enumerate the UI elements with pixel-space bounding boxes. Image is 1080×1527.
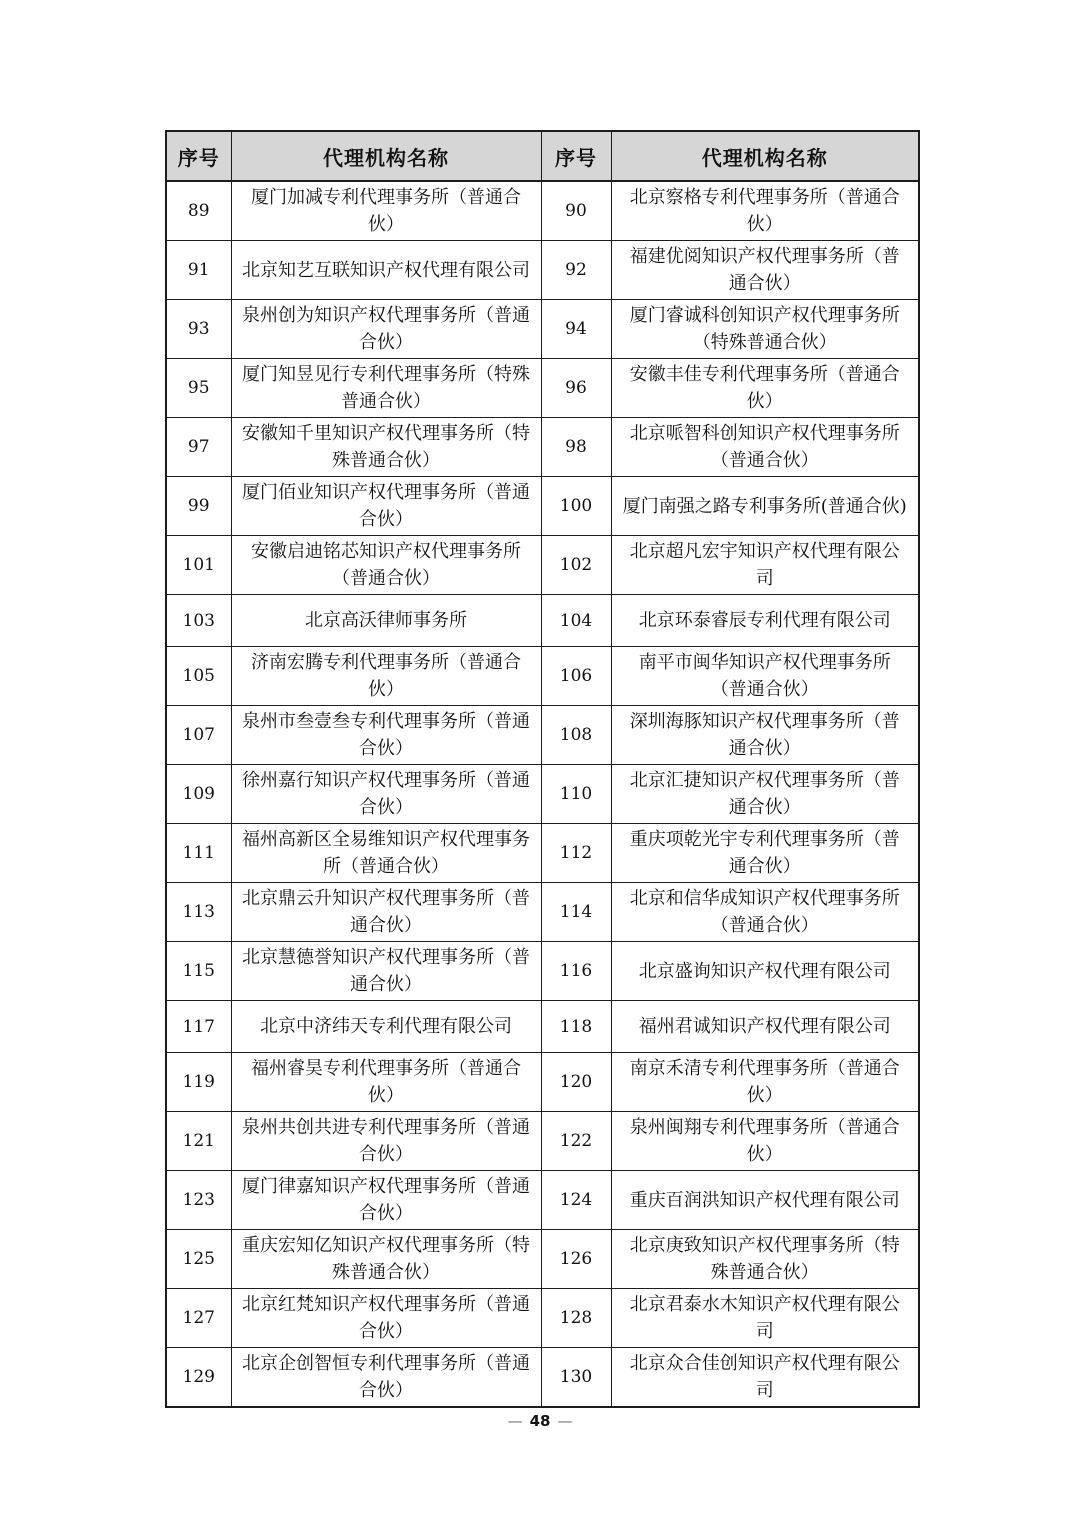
agency-name-left: 泉州市叁壹叁专利代理事务所（普通合伙） bbox=[231, 706, 541, 765]
header-name-right: 代理机构名称 bbox=[611, 131, 919, 181]
table-row: 115 北京慧德誉知识产权代理事务所（普通合伙） 116 北京盛询知识产权代理有… bbox=[166, 942, 919, 1001]
agency-name-right: 重庆百润洪知识产权代理有限公司 bbox=[611, 1171, 919, 1230]
agency-name-right: 北京君泰水木知识产权代理有限公司 bbox=[611, 1289, 919, 1348]
table-row: 99 厦门佰业知识产权代理事务所（普通合伙） 100 厦门南强之路专利事务所(普… bbox=[166, 477, 919, 536]
table-row: 89 厦门加减专利代理事务所（普通合伙） 90 北京察格专利代理事务所（普通合伙… bbox=[166, 181, 919, 241]
serial-cell-left: 93 bbox=[166, 300, 231, 359]
table-row: 103 北京高沃律师事务所 104 北京环泰睿辰专利代理有限公司 bbox=[166, 595, 919, 647]
agency-name-right: 深圳海豚知识产权代理事务所（普通合伙） bbox=[611, 706, 919, 765]
agency-name-left: 北京高沃律师事务所 bbox=[231, 595, 541, 647]
table-row: 111 福州高新区全易维知识产权代理事务所（普通合伙） 112 重庆项乾光宇专利… bbox=[166, 824, 919, 883]
serial-cell-left: 97 bbox=[166, 418, 231, 477]
table-row: 113 北京鼎云升知识产权代理事务所（普通合伙） 114 北京和信华成知识产权代… bbox=[166, 883, 919, 942]
serial-cell-left: 119 bbox=[166, 1053, 231, 1112]
table-row: 107 泉州市叁壹叁专利代理事务所（普通合伙） 108 深圳海豚知识产权代理事务… bbox=[166, 706, 919, 765]
table-row: 125 重庆宏知亿知识产权代理事务所（特殊普通合伙） 126 北京庚致知识产权代… bbox=[166, 1230, 919, 1289]
table-row: 121 泉州共创共进专利代理事务所（普通合伙） 122 泉州闽翔专利代理事务所（… bbox=[166, 1112, 919, 1171]
table-row: 105 济南宏腾专利代理事务所（普通合伙） 106 南平市闽华知识产权代理事务所… bbox=[166, 647, 919, 706]
page-number: 48 bbox=[530, 1412, 551, 1430]
serial-cell-left: 103 bbox=[166, 595, 231, 647]
agency-name-right: 北京汇捷知识产权代理事务所（普通合伙） bbox=[611, 765, 919, 824]
agency-table-body: 89 厦门加减专利代理事务所（普通合伙） 90 北京察格专利代理事务所（普通合伙… bbox=[166, 181, 919, 1407]
table-row: 109 徐州嘉行知识产权代理事务所（普通合伙） 110 北京汇捷知识产权代理事务… bbox=[166, 765, 919, 824]
agency-name-right: 厦门南强之路专利事务所(普通合伙) bbox=[611, 477, 919, 536]
serial-cell-left: 111 bbox=[166, 824, 231, 883]
agency-name-right: 福州君诚知识产权代理有限公司 bbox=[611, 1001, 919, 1053]
agency-name-left: 泉州创为知识产权代理事务所（普通合伙） bbox=[231, 300, 541, 359]
agency-name-left: 福州睿昊专利代理事务所（普通合伙） bbox=[231, 1053, 541, 1112]
serial-cell-left: 101 bbox=[166, 536, 231, 595]
serial-cell-left: 107 bbox=[166, 706, 231, 765]
serial-cell-left: 127 bbox=[166, 1289, 231, 1348]
agency-name-right: 北京察格专利代理事务所（普通合伙） bbox=[611, 181, 919, 241]
header-serial-left: 序号 bbox=[166, 131, 231, 181]
agency-name-right: 北京盛询知识产权代理有限公司 bbox=[611, 942, 919, 1001]
serial-cell-left: 121 bbox=[166, 1112, 231, 1171]
agency-name-left: 徐州嘉行知识产权代理事务所（普通合伙） bbox=[231, 765, 541, 824]
agency-table-header: 序号 代理机构名称 序号 代理机构名称 bbox=[166, 131, 919, 181]
serial-cell-right: 116 bbox=[541, 942, 611, 1001]
agency-name-right: 福建优阅知识产权代理事务所（普通合伙） bbox=[611, 241, 919, 300]
agency-name-left: 泉州共创共进专利代理事务所（普通合伙） bbox=[231, 1112, 541, 1171]
serial-cell-right: 104 bbox=[541, 595, 611, 647]
table-row: 101 安徽启迪铭芯知识产权代理事务所（普通合伙） 102 北京超凡宏宇知识产权… bbox=[166, 536, 919, 595]
agency-name-left: 重庆宏知亿知识产权代理事务所（特殊普通合伙） bbox=[231, 1230, 541, 1289]
table-row: 91 北京知艺互联知识产权代理有限公司 92 福建优阅知识产权代理事务所（普通合… bbox=[166, 241, 919, 300]
serial-cell-left: 109 bbox=[166, 765, 231, 824]
agency-table: 序号 代理机构名称 序号 代理机构名称 89 厦门加减专利代理事务所（普通合伙）… bbox=[165, 130, 920, 1408]
agency-name-right: 北京哌智科创知识产权代理事务所（普通合伙） bbox=[611, 418, 919, 477]
serial-cell-right: 120 bbox=[541, 1053, 611, 1112]
agency-name-right: 厦门睿诚科创知识产权代理事务所（特殊普通合伙） bbox=[611, 300, 919, 359]
serial-cell-left: 123 bbox=[166, 1171, 231, 1230]
agency-name-left: 北京红梵知识产权代理事务所（普通合伙） bbox=[231, 1289, 541, 1348]
agency-name-right: 重庆项乾光宇专利代理事务所（普通合伙） bbox=[611, 824, 919, 883]
serial-cell-right: 102 bbox=[541, 536, 611, 595]
table-row: 93 泉州创为知识产权代理事务所（普通合伙） 94 厦门睿诚科创知识产权代理事务… bbox=[166, 300, 919, 359]
agency-name-left: 北京慧德誉知识产权代理事务所（普通合伙） bbox=[231, 942, 541, 1001]
serial-cell-right: 112 bbox=[541, 824, 611, 883]
agency-name-left: 北京鼎云升知识产权代理事务所（普通合伙） bbox=[231, 883, 541, 942]
agency-name-left: 北京企创智恒专利代理事务所（普通合伙） bbox=[231, 1348, 541, 1408]
serial-cell-left: 95 bbox=[166, 359, 231, 418]
table-row: 123 厦门律嘉知识产权代理事务所（普通合伙） 124 重庆百润洪知识产权代理有… bbox=[166, 1171, 919, 1230]
serial-cell-left: 91 bbox=[166, 241, 231, 300]
serial-cell-right: 118 bbox=[541, 1001, 611, 1053]
agency-name-right: 北京超凡宏宇知识产权代理有限公司 bbox=[611, 536, 919, 595]
table-row: 117 北京中济纬天专利代理有限公司 118 福州君诚知识产权代理有限公司 bbox=[166, 1001, 919, 1053]
agency-name-right: 泉州闽翔专利代理事务所（普通合伙） bbox=[611, 1112, 919, 1171]
serial-cell-right: 110 bbox=[541, 765, 611, 824]
agency-name-left: 北京知艺互联知识产权代理有限公司 bbox=[231, 241, 541, 300]
header-row: 序号 代理机构名称 序号 代理机构名称 bbox=[166, 131, 919, 181]
serial-cell-right: 130 bbox=[541, 1348, 611, 1408]
agency-name-right: 南京禾清专利代理事务所（普通合伙） bbox=[611, 1053, 919, 1112]
agency-name-left: 济南宏腾专利代理事务所（普通合伙） bbox=[231, 647, 541, 706]
agency-name-left: 安徽知千里知识产权代理事务所（特殊普通合伙） bbox=[231, 418, 541, 477]
serial-cell-right: 100 bbox=[541, 477, 611, 536]
serial-cell-left: 105 bbox=[166, 647, 231, 706]
serial-cell-right: 94 bbox=[541, 300, 611, 359]
serial-cell-left: 129 bbox=[166, 1348, 231, 1408]
agency-name-right: 北京庚致知识产权代理事务所（特殊普通合伙） bbox=[611, 1230, 919, 1289]
agency-name-right: 安徽丰佳专利代理事务所（普通合伙） bbox=[611, 359, 919, 418]
serial-cell-right: 98 bbox=[541, 418, 611, 477]
agency-name-right: 北京和信华成知识产权代理事务所（普通合伙） bbox=[611, 883, 919, 942]
agency-name-left: 福州高新区全易维知识产权代理事务所（普通合伙） bbox=[231, 824, 541, 883]
agency-name-right: 北京众合佳创知识产权代理有限公司 bbox=[611, 1348, 919, 1408]
serial-cell-left: 99 bbox=[166, 477, 231, 536]
serial-cell-right: 126 bbox=[541, 1230, 611, 1289]
agency-name-right: 南平市闽华知识产权代理事务所（普通合伙） bbox=[611, 647, 919, 706]
agency-name-left: 厦门知昱见行专利代理事务所（特殊普通合伙） bbox=[231, 359, 541, 418]
footer-left-dash: — bbox=[501, 1412, 530, 1430]
serial-cell-right: 92 bbox=[541, 241, 611, 300]
table-row: 119 福州睿昊专利代理事务所（普通合伙） 120 南京禾清专利代理事务所（普通… bbox=[166, 1053, 919, 1112]
serial-cell-right: 114 bbox=[541, 883, 611, 942]
serial-cell-right: 96 bbox=[541, 359, 611, 418]
serial-cell-left: 125 bbox=[166, 1230, 231, 1289]
table-row: 97 安徽知千里知识产权代理事务所（特殊普通合伙） 98 北京哌智科创知识产权代… bbox=[166, 418, 919, 477]
agency-name-left: 北京中济纬天专利代理有限公司 bbox=[231, 1001, 541, 1053]
table-row: 129 北京企创智恒专利代理事务所（普通合伙） 130 北京众合佳创知识产权代理… bbox=[166, 1348, 919, 1408]
serial-cell-left: 117 bbox=[166, 1001, 231, 1053]
agency-name-left: 厦门佰业知识产权代理事务所（普通合伙） bbox=[231, 477, 541, 536]
agency-name-right: 北京环泰睿辰专利代理有限公司 bbox=[611, 595, 919, 647]
serial-cell-right: 106 bbox=[541, 647, 611, 706]
serial-cell-right: 128 bbox=[541, 1289, 611, 1348]
serial-cell-left: 113 bbox=[166, 883, 231, 942]
agency-name-left: 厦门加减专利代理事务所（普通合伙） bbox=[231, 181, 541, 241]
serial-cell-right: 90 bbox=[541, 181, 611, 241]
table-row: 127 北京红梵知识产权代理事务所（普通合伙） 128 北京君泰水木知识产权代理… bbox=[166, 1289, 919, 1348]
document-page: 序号 代理机构名称 序号 代理机构名称 89 厦门加减专利代理事务所（普通合伙）… bbox=[0, 0, 1080, 1527]
serial-cell-right: 122 bbox=[541, 1112, 611, 1171]
serial-cell-left: 89 bbox=[166, 181, 231, 241]
serial-cell-right: 124 bbox=[541, 1171, 611, 1230]
footer-right-dash: — bbox=[550, 1412, 579, 1430]
header-name-left: 代理机构名称 bbox=[231, 131, 541, 181]
table-row: 95 厦门知昱见行专利代理事务所（特殊普通合伙） 96 安徽丰佳专利代理事务所（… bbox=[166, 359, 919, 418]
serial-cell-left: 115 bbox=[166, 942, 231, 1001]
agency-name-left: 厦门律嘉知识产权代理事务所（普通合伙） bbox=[231, 1171, 541, 1230]
agency-name-left: 安徽启迪铭芯知识产权代理事务所（普通合伙） bbox=[231, 536, 541, 595]
header-serial-right: 序号 bbox=[541, 131, 611, 181]
serial-cell-right: 108 bbox=[541, 706, 611, 765]
page-footer: —48— bbox=[0, 1412, 1080, 1430]
